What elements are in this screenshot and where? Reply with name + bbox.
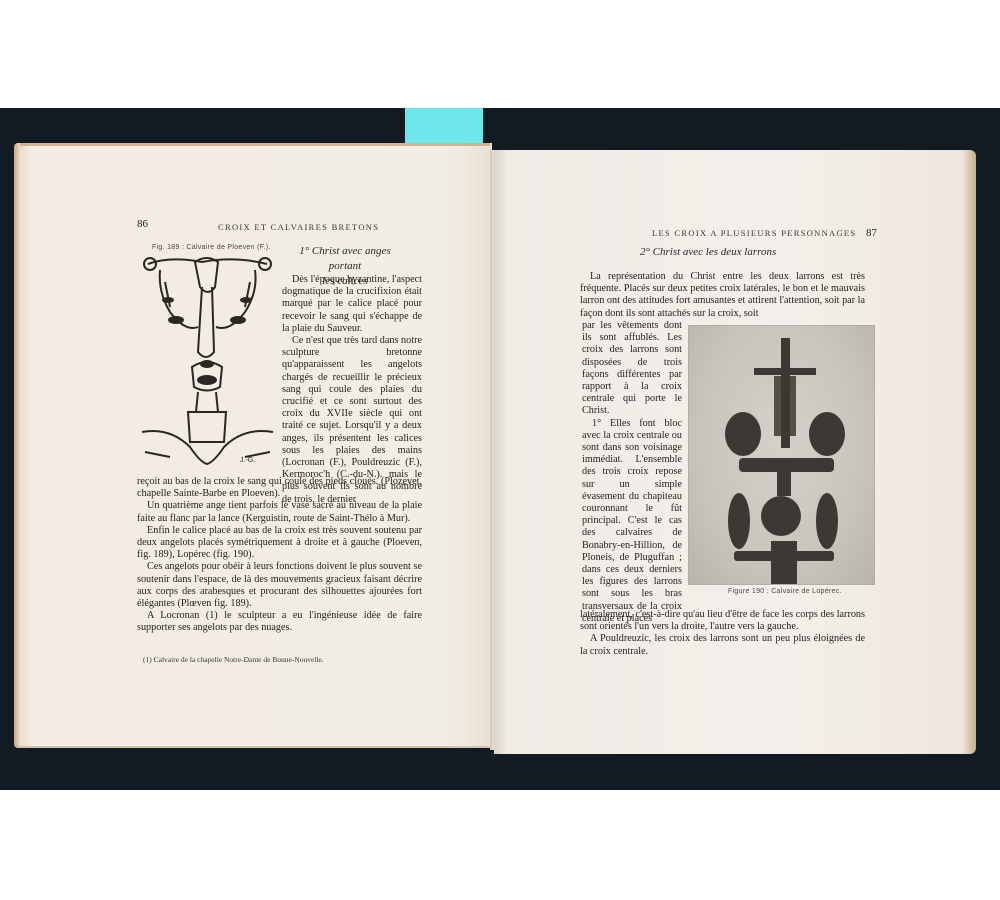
left-column-text: Dès l'époque byzantine, l'aspect dogmati… xyxy=(282,274,422,506)
right-intro-text: La représentation du Christ entre les de… xyxy=(580,271,865,320)
crucifix-drawing-figure: J.-G. xyxy=(140,252,275,467)
footnote: (1) Calvaire de la chapelle Notre-Dame d… xyxy=(143,655,324,664)
paragraph: par les vêtements dont ils sont affublés… xyxy=(582,320,682,418)
left-body-text: reçoit au bas de la croix le sang qui co… xyxy=(137,476,422,635)
left-running-head: CROIX ET CALVAIRES BRETONS xyxy=(218,222,379,232)
paragraph: La représentation du Christ entre les de… xyxy=(580,271,865,320)
left-page-number: 86 xyxy=(137,218,148,230)
right-page-number: 87 xyxy=(866,227,877,239)
right-column-text: par les vêtements dont ils sont affublés… xyxy=(582,320,682,625)
paragraph: Un quatrième ange tient parfois le vase … xyxy=(137,500,422,524)
figure-189-caption: Fig. 189 : Calvaire de Ploeven (F.). xyxy=(152,244,271,251)
paragraph: A Pouldreuzic, les croix des larrons son… xyxy=(580,633,865,657)
paragraph: latéralement, c'est-à-dire qu'au lieu d'… xyxy=(580,609,865,633)
paragraph: Ces angelots pour obéir à leurs fonction… xyxy=(137,561,422,610)
paragraph: Dès l'époque byzantine, l'aspect dogmati… xyxy=(282,274,422,335)
paragraph: A Locronan (1) le sculpteur a eu l'ingén… xyxy=(137,610,422,634)
calvary-photo-illustration xyxy=(689,326,874,584)
right-running-head: LES CROIX A PLUSIEURS PERSONNAGES xyxy=(652,228,856,238)
left-page-edge xyxy=(20,143,490,146)
bookmark-tab xyxy=(405,108,483,148)
calvary-photo-figure xyxy=(688,325,875,585)
figure-190-caption: Figure 190 : Calvaire de Lopérec. xyxy=(728,588,842,595)
right-body-text: latéralement, c'est-à-dire qu'au lieu d'… xyxy=(580,609,865,658)
section-heading-1-line1: 1° Christ avec anges portant xyxy=(282,244,408,274)
figure-signature: J.-G. xyxy=(240,457,255,464)
paragraph: Enfin le calice placé au bas de la croix… xyxy=(137,525,422,562)
section-heading-2: 2° Christ avec les deux larrons xyxy=(640,245,830,260)
paragraph: reçoit au bas de la croix le sang qui co… xyxy=(137,476,422,500)
paragraph: 1° Elles font bloc avec la croix central… xyxy=(582,418,682,625)
